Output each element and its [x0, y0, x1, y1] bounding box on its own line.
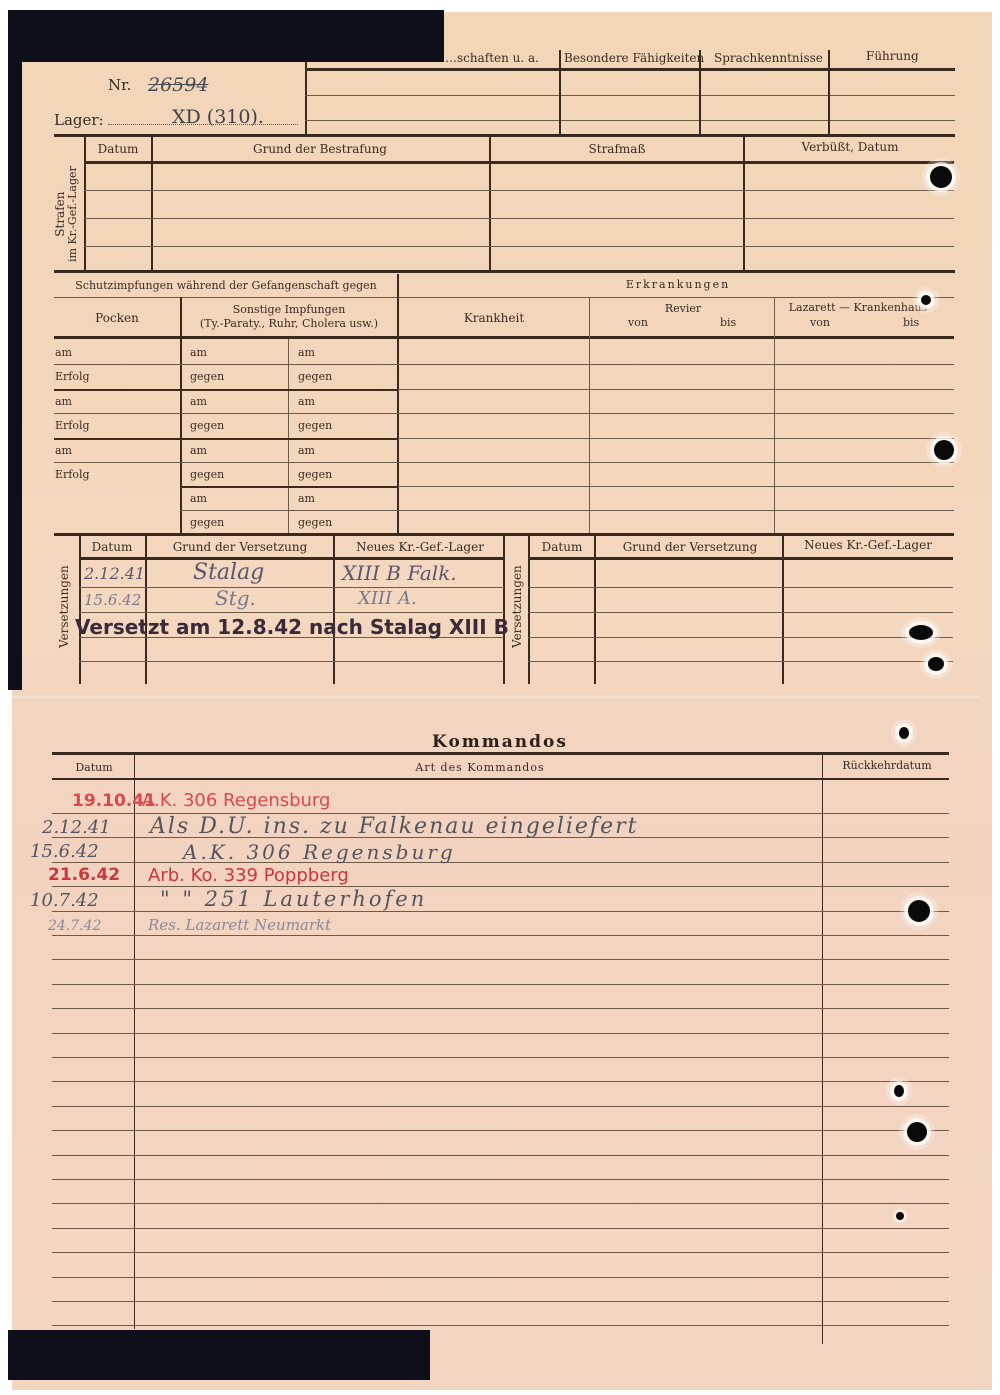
revier-from: von — [628, 317, 648, 328]
vacc-gegen: gegen — [298, 469, 332, 480]
vacc-am: am — [190, 493, 207, 504]
punch-hole — [930, 166, 952, 188]
transfer-row-1-camp: XIII B Falk. — [342, 563, 457, 583]
rule — [84, 246, 954, 247]
transfer-row-1-date: 2.12.41 — [84, 566, 145, 582]
commando-row-2-type: Als D.U. ins. zu Falkenau eingeliefert — [150, 816, 638, 838]
card-fold — [12, 693, 980, 701]
rule — [398, 297, 954, 298]
header-commando-type: Art des Kommandos — [415, 762, 544, 773]
vacc-gegen: gegen — [190, 371, 224, 382]
rule — [52, 1277, 949, 1278]
hospital-from: von — [810, 317, 830, 328]
divider — [180, 297, 182, 534]
punishments-side-label: Strafen im Kr.-Gef.-Lager — [54, 166, 79, 262]
rule — [52, 911, 949, 912]
partial-header: …schaften u. a. — [445, 52, 539, 64]
redaction-top-left — [12, 10, 444, 62]
rule — [398, 364, 954, 365]
commando-row-4-date: 21.6.42 — [48, 867, 120, 884]
rule — [52, 1301, 949, 1302]
vacc-am: am — [190, 396, 207, 407]
commando-row-3-date: 15.6.42 — [30, 843, 99, 861]
divider — [288, 338, 289, 534]
rule — [79, 587, 504, 588]
divider — [151, 137, 153, 272]
rule — [528, 612, 953, 613]
rule — [54, 438, 398, 440]
vacc-am: am — [298, 347, 315, 358]
header-punish-date: Datum — [98, 143, 139, 155]
commando-row-4-type: Arb. Ko. 339 Poppberg — [148, 867, 349, 885]
punch-hole — [899, 727, 909, 739]
rule — [52, 1008, 949, 1009]
rule — [398, 438, 954, 439]
camp-value: XD (310). — [172, 108, 264, 127]
divider — [699, 50, 701, 136]
transfer-row-1-reason: Stalag — [193, 562, 264, 584]
redaction-left-edge — [8, 10, 22, 690]
punch-hole — [934, 440, 954, 460]
rule — [398, 413, 954, 414]
rule — [305, 95, 955, 96]
rule — [54, 297, 398, 298]
vacc-am: am — [298, 493, 315, 504]
rule — [52, 1325, 949, 1326]
vacc-gegen: gegen — [190, 469, 224, 480]
transfer-row-2-reason: Stg. — [215, 588, 256, 608]
header-pocken: Pocken — [95, 312, 139, 324]
divider — [743, 137, 745, 272]
vaccinations-title: Schutzimpfungen während der Gefangenscha… — [75, 280, 376, 291]
header-other-vacc-2: (Ty.-Paraty., Ruhr, Cholera usw.) — [200, 318, 378, 329]
vacc-gegen: gegen — [190, 420, 224, 431]
rule — [54, 389, 398, 391]
vacc-gegen: gegen — [298, 420, 332, 431]
rule — [52, 1179, 949, 1180]
header-commando-date: Datum — [75, 762, 112, 773]
commando-row-3-type: A.K. 306 Regensburg — [183, 842, 456, 862]
divider — [828, 50, 830, 136]
punch-hole — [909, 625, 933, 640]
commando-row-1-type: A.K. 306 Regensburg — [142, 792, 330, 810]
header-illness: Krankheit — [464, 312, 524, 324]
rule — [52, 1106, 949, 1107]
rule — [54, 270, 955, 273]
rule — [52, 1033, 949, 1034]
commando-row-2-date: 2.12.41 — [42, 819, 111, 837]
rule — [54, 336, 954, 339]
rule — [398, 486, 954, 487]
rule — [52, 752, 949, 755]
pocken-erfolg: Erfolg — [55, 420, 90, 431]
punch-hole — [896, 1212, 904, 1220]
header-transfer-reason: Grund der Versetzung — [173, 541, 308, 553]
rule — [52, 1155, 949, 1156]
punch-hole — [921, 295, 931, 305]
rule — [54, 462, 398, 463]
header-conduct: Führung — [866, 50, 919, 62]
illnesses-title: Erkrankungen — [626, 279, 730, 290]
rule — [54, 364, 398, 365]
transfer-row-2-date: 15.6.42 — [84, 593, 141, 608]
rule — [398, 510, 954, 511]
punch-hole — [908, 900, 930, 922]
commando-row-6-date: 24.7.42 — [48, 919, 101, 933]
transfer-row-2-camp: XIII A. — [358, 590, 417, 608]
punch-hole — [907, 1122, 927, 1142]
hospital-to: bis — [903, 317, 919, 328]
number-label: Nr. — [108, 78, 131, 93]
header-transfer-camp: Neues Kr.-Gef.-Lager — [356, 541, 484, 553]
rule — [528, 587, 953, 588]
pocken-erfolg: Erfolg — [55, 371, 90, 382]
revier-to: bis — [720, 317, 736, 328]
header-return-date: Rückkehrdatum — [842, 760, 931, 771]
header-languages: Sprachkenntnisse — [714, 52, 823, 64]
rule — [84, 161, 954, 164]
divider — [822, 754, 823, 1344]
header-transfer-date-2: Datum — [542, 541, 583, 553]
rule — [54, 413, 398, 414]
divider — [489, 137, 491, 272]
commandos-title: Kommandos — [432, 732, 568, 752]
divider — [397, 274, 399, 534]
transfers-side-label-left: Versetzungen — [58, 565, 71, 648]
header-hospital: Lazarett — Krankenhaus — [789, 302, 928, 313]
punch-hole — [894, 1085, 904, 1097]
rule — [54, 134, 955, 137]
commando-row-6-type: Res. Lazarett Neumarkt — [148, 918, 331, 933]
redaction-bottom-left — [8, 1330, 430, 1380]
rule — [528, 557, 953, 560]
rule — [84, 218, 954, 219]
header-punish-measure: Strafmaß — [589, 143, 646, 155]
commando-row-5-date: 10.7.42 — [30, 892, 99, 910]
vacc-gegen: gegen — [190, 517, 224, 528]
divider — [305, 62, 307, 137]
transfers-side-label-right: Versetzungen — [511, 565, 524, 648]
rule — [52, 984, 949, 985]
divider — [589, 297, 590, 534]
divider — [84, 137, 86, 272]
pocken-am: am — [55, 396, 72, 407]
rule — [52, 1130, 949, 1131]
rule — [52, 1252, 949, 1253]
vacc-am: am — [190, 445, 207, 456]
rule — [84, 190, 954, 191]
vacc-gegen: gegen — [298, 517, 332, 528]
rule — [79, 557, 504, 560]
rule — [52, 1228, 949, 1229]
punch-hole — [928, 657, 944, 671]
header-transfer-date: Datum — [92, 541, 133, 553]
header-transfer-camp-2: Neues Kr.-Gef.-Lager — [804, 539, 932, 551]
rule — [398, 389, 954, 390]
rule — [52, 1081, 949, 1082]
pocken-am: am — [55, 347, 72, 358]
rule — [52, 1057, 949, 1058]
rule — [52, 778, 949, 780]
divider — [774, 297, 775, 534]
divider — [559, 50, 561, 136]
rule — [305, 68, 955, 71]
header-revier: Revier — [665, 303, 701, 314]
commando-row-5-type: " " 251 Lauterhofen — [160, 889, 427, 910]
vacc-gegen: gegen — [298, 371, 332, 382]
rule — [52, 959, 949, 960]
vacc-am: am — [298, 445, 315, 456]
transfer-stamp: Versetzt am 12.8.42 nach Stalag XIII B — [75, 617, 509, 637]
header-transfer-reason-2: Grund der Versetzung — [623, 541, 758, 553]
header-punish-served: Verbüßt, Datum — [802, 141, 899, 153]
rule — [528, 661, 953, 662]
vacc-am: am — [298, 396, 315, 407]
header-special-skills: Besondere Fähigkeiten — [564, 52, 704, 64]
rule — [52, 1203, 949, 1204]
rule — [398, 462, 954, 463]
rule — [305, 120, 955, 121]
rule — [180, 486, 398, 488]
rule — [79, 612, 504, 613]
vacc-am: am — [190, 347, 207, 358]
rule — [180, 510, 398, 511]
rule — [528, 637, 953, 638]
header-other-vacc-1: Sonstige Impfungen — [233, 304, 346, 315]
pocken-erfolg: Erfolg — [55, 469, 90, 480]
rule — [79, 661, 504, 662]
card-number: 26594 — [148, 76, 208, 95]
camp-label: Lager: — [54, 113, 104, 128]
pocken-am: am — [55, 445, 72, 456]
divider — [134, 754, 135, 1329]
header-punish-reason: Grund der Bestrafung — [253, 143, 387, 155]
rule — [52, 935, 949, 936]
